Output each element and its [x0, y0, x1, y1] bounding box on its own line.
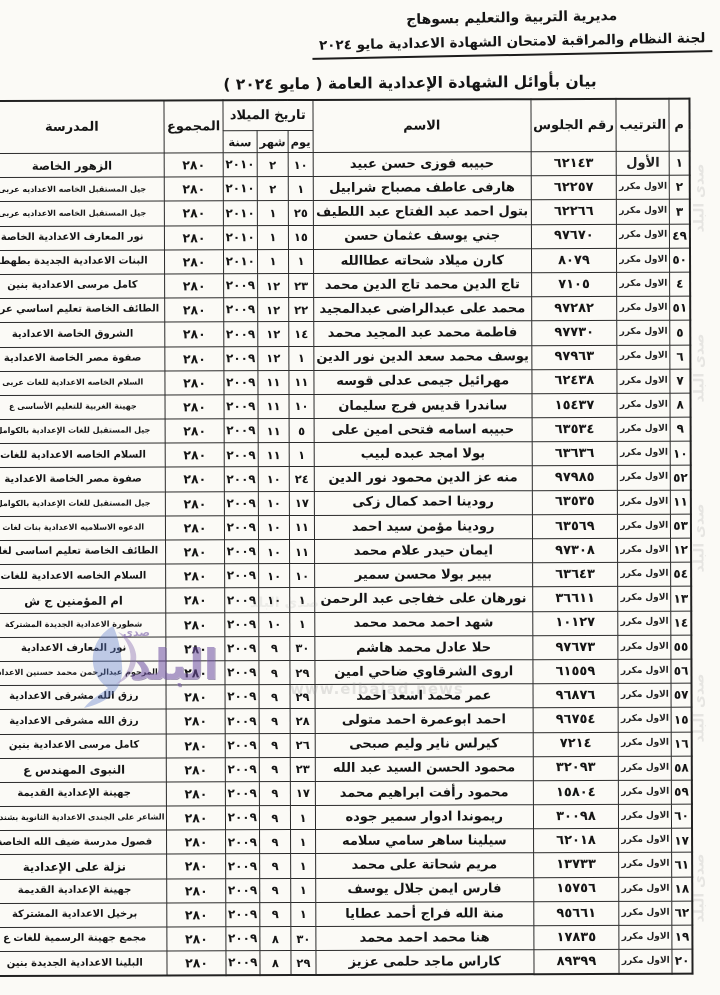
top-students-table: م الترتيب رقم الجلوس الاسم تاريخ الميلاد… [0, 98, 694, 978]
cell-school: النبوى المهندس ع [0, 758, 167, 783]
cell-total: ٢٨٠ [167, 806, 225, 830]
document-header: مديرية التربية والتعليم بسوهاج لجنة النظ… [312, 6, 713, 60]
cell-student-name: كارن ميلاد شحاته عطاالله [314, 248, 532, 273]
cell-rank: الاول مكرر [618, 611, 671, 635]
cell-rank: الاول مكرر [617, 224, 670, 248]
watermark-side-text: صدى البلد [692, 854, 708, 923]
cell-birth-month: ٩ [260, 830, 291, 854]
cell-seat-number: ٨٠٧٩ [531, 248, 617, 272]
table-row: ١٧ الاول مكرر ٦٢٠١٨ سيلينا ساهر سامي سلا… [0, 828, 692, 855]
cell-total: ٢٨٠ [167, 878, 225, 902]
cell-student-name: حبيبه فوزى حسن عبيد [313, 152, 531, 177]
cell-seat-number: ٩٦٧٥٤ [533, 708, 619, 732]
cell-school: السلام الخاصه الاعدادية للغات [0, 564, 166, 589]
table-row: ٥٦ الاول مكرر ٦١٥٥٩ اروى الشرقاوي ضاحي ا… [0, 659, 692, 686]
table-row: ٦٢ الاول مكرر ٩٥٦٦١ منة الله فراج أحمد ع… [0, 901, 692, 928]
cell-birth-day: ٣٠ [291, 926, 316, 950]
cell-birth-day: ١١ [290, 539, 315, 563]
table-row: ٢٠ الاول مكرر ٨٩٣٩٩ كاراس ماجد حلمى عزيز… [0, 949, 693, 976]
cell-birth-day: ٢٩ [291, 951, 316, 976]
cell-index: ٥٦ [671, 659, 691, 683]
cell-birth-month: ١٠ [258, 515, 289, 539]
cell-student-name: شهد احمد محمد محمد [315, 611, 533, 636]
cell-index: ٦١ [672, 853, 692, 877]
cell-index: ٢٠ [672, 949, 692, 974]
cell-seat-number: ٦٢٢٦٦ [531, 200, 617, 224]
cell-total: ٢٨٠ [166, 516, 224, 540]
table-row: ٥٨ الاول مكرر ٣٢٠٩٣ محمود الحسن السيد عب… [0, 756, 692, 783]
table-row: ٥١ الاول مكرر ٩٧٢٨٢ محمد على عبدالراضى ع… [0, 296, 690, 323]
cell-birth-month: ١ [257, 225, 288, 249]
cell-birth-year: ٢٠٠٩ [224, 588, 258, 612]
col-header-seat-number: رقم الجلوس [531, 99, 617, 152]
cell-student-name: هنا محمد احمد محمد [316, 926, 534, 951]
cell-total: ٢٨٠ [166, 419, 224, 443]
cell-index: ١٩ [672, 925, 692, 949]
cell-rank: الاول مكرر [619, 804, 672, 828]
cell-school: نور المعارف الاعدادية الخاصة [0, 226, 165, 251]
cell-school: المرحوم عبدالرحمن محمد حسنين الاعدادية [0, 661, 167, 686]
cell-school: البلينا الاعدادية الجديدة بنين [0, 951, 168, 976]
cell-student-name: عمر محمد اسعد احمد [315, 684, 533, 709]
cell-birth-month: ٩ [260, 902, 291, 926]
cell-student-name: سيلينا ساهر سامي سلامه [316, 829, 534, 854]
cell-birth-year: ٢٠١٠ [223, 153, 257, 177]
cell-birth-year: ٢٠٠٩ [225, 733, 259, 757]
table-row: ١٢ الاول مكرر ٩٧٣٠٨ ايمان حيدر علام محمد… [0, 538, 691, 565]
cell-seat-number: ٦٣٥٦٩ [532, 514, 618, 538]
cell-birth-month: ١١ [258, 419, 289, 443]
cell-student-name: منة الله فراج أحمد عطايا [316, 902, 534, 927]
cell-total: ٢٨٠ [166, 443, 224, 467]
cell-student-name: بتول احمد عبد الفتاح عبد اللطيف [313, 200, 531, 225]
cell-birth-month: ٩ [259, 709, 290, 733]
cell-student-name: ايمان حيدر علام محمد [315, 539, 533, 564]
cell-school: برخيل الاعدادية المشتركة [0, 903, 167, 928]
table-row: ٦١ الاول مكرر ١٣٧٣٣ مريم شحاتة على محمد … [0, 853, 692, 880]
cell-birth-day: ١٥ [288, 225, 313, 249]
cell-total: ٢٨٠ [167, 733, 225, 757]
cell-total: ٢٨٠ [167, 709, 225, 733]
cell-birth-month: ٩ [260, 878, 291, 902]
cell-index: ٥٥ [671, 635, 691, 659]
cell-birth-year: ٢٠٠٩ [224, 346, 258, 370]
cell-birth-day: ١٧ [289, 491, 314, 515]
cell-birth-month: ٩ [259, 636, 290, 660]
cell-birth-year: ٢٠٠٩ [224, 443, 258, 467]
cell-birth-day: ١ [290, 612, 315, 636]
cell-index: ٤٩ [670, 224, 690, 248]
cell-birth-year: ٢٠٠٩ [224, 491, 258, 515]
table-row: ١٥ الاول مكرر ٩٦٧٥٤ احمد ابوعمرة احمد مت… [0, 707, 692, 734]
table-row: ٩ الاول مكرر ٦٣٥٣٤ حبيبه اسامه فتحى امين… [0, 417, 691, 444]
cell-birth-month: ١٠ [259, 588, 290, 612]
cell-index: ٧ [670, 369, 690, 393]
cell-total: ٢٨٠ [167, 951, 225, 976]
cell-total: ٢٨٠ [167, 830, 225, 854]
cell-birth-day: ٢٤ [289, 467, 314, 491]
cell-school: كامل مرسى الاعدادية بنين [0, 274, 165, 299]
cell-birth-year: ٢٠٠٩ [224, 564, 258, 588]
table-row: ٣ الاول مكرر ٦٢٢٦٦ بتول احمد عبد الفتاح … [0, 200, 690, 227]
col-header-year: سنة [223, 131, 257, 153]
cell-birth-year: ٢٠٠٩ [225, 685, 259, 709]
cell-student-name: رودينا احمد كمال زكى [314, 490, 532, 515]
cell-total: ٢٨٠ [166, 564, 224, 588]
cell-total: ٢٨٠ [165, 177, 223, 201]
cell-rank: الاول مكرر [618, 490, 671, 514]
cell-birth-year: ٢٠٠٩ [224, 540, 258, 564]
col-header-school: المدرسة [0, 100, 165, 153]
cell-birth-day: ٢٢ [289, 298, 314, 322]
cell-student-name: فاطمة محمد عبد المجيد محمد [314, 321, 532, 346]
cell-birth-year: ٢٠٠٩ [224, 419, 258, 443]
cell-seat-number: ٩٧٩٦٣ [531, 345, 617, 369]
cell-seat-number: ١٧٨٣٥ [533, 925, 619, 949]
cell-total: ٢٨٠ [165, 225, 223, 249]
table-row: ٥٤ الاول مكرر ٦٣٦٤٣ بيير بولا محسن سمير … [0, 562, 691, 589]
cell-birth-month: ١٢ [258, 298, 289, 322]
cell-seat-number: ٩٧٧٣٠ [531, 321, 617, 345]
cell-school: ام المؤمنين ج ش [0, 588, 166, 613]
cell-birth-year: ٢٠٠٩ [225, 878, 259, 902]
cell-rank: الاول مكرر [617, 272, 670, 296]
cell-student-name: بيير بولا محسن سمير [315, 563, 533, 588]
table-row: ١٠ الاول مكرر ٦٣٦٣٦ بولا امجد عبده لبيب … [0, 441, 691, 468]
cell-rank: الاول مكرر [618, 514, 671, 538]
cell-index: ١١ [671, 490, 691, 514]
watermark-side-text: صدى البلد [692, 164, 708, 233]
cell-total: ٢٨٠ [165, 250, 223, 274]
cell-school: مجمع جهينة الرسمية للغات ع [0, 927, 167, 952]
cell-student-name: تاج الدين محمد تاج الدين محمد [314, 273, 532, 298]
cell-birth-day: ٣٠ [290, 636, 315, 660]
cell-birth-year: ٢٠١٠ [223, 177, 257, 201]
table-row: ٥ الاول مكرر ٩٧٧٣٠ فاطمة محمد عبد المجيد… [0, 320, 690, 347]
cell-birth-month: ٩ [259, 806, 290, 830]
cell-birth-day: ٢٣ [290, 757, 315, 781]
cell-rank: الاول مكرر [617, 321, 670, 345]
cell-birth-year: ٢٠٠٩ [224, 515, 258, 539]
col-header-index: م [669, 99, 689, 152]
cell-student-name: مهرائيل جيمى عدلى قوسه [314, 369, 532, 394]
cell-rank: الاول مكرر [617, 345, 670, 369]
cell-index: ١٣ [671, 587, 691, 611]
cell-rank: الاول مكرر [618, 587, 671, 611]
cell-seat-number: ١٥٨٠٤ [533, 780, 619, 804]
col-header-birth-date: تاريخ الميلاد [223, 100, 313, 131]
cell-student-name: محمود رأفت ابراهيم محمد [315, 781, 533, 806]
cell-school: البنات الاعدادية الجديدة بطهطا [0, 250, 165, 275]
cell-total: ٢٨٠ [165, 201, 223, 225]
cell-student-name: فارس ايمن جلال يوسف [316, 877, 534, 902]
cell-birth-month: ٩ [259, 733, 290, 757]
cell-birth-month: ١٠ [258, 540, 289, 564]
cell-student-name: ساندرا قديس فرج سليمان [314, 394, 532, 419]
cell-school: جهينة الإعدادية القديمة [0, 879, 167, 904]
cell-birth-day: ١٧ [290, 781, 315, 805]
cell-birth-day: ٢٩ [290, 660, 315, 684]
cell-rank: الاول مكرر [619, 732, 672, 756]
table-row: ٦٠ الاول مكرر ٣٠٠٩٨ ريموندا ادوار سمير ج… [0, 804, 692, 831]
cell-seat-number: ٩٧٦٧٠ [531, 224, 617, 248]
cell-birth-day: ١٤ [289, 322, 314, 346]
cell-rank: الاول مكرر [619, 901, 672, 925]
cell-student-name: مريم شحاتة على محمد [316, 853, 534, 878]
cell-seat-number: ١٣٧٣٣ [533, 853, 619, 877]
cell-index: ١٤ [671, 611, 691, 635]
cell-birth-month: ١٠ [259, 612, 290, 636]
cell-rank: الاول مكرر [617, 200, 670, 224]
cell-rank: الاول مكرر [618, 538, 671, 562]
cell-student-name: محمود الحسن السيد عبد الله [315, 756, 533, 781]
cell-birth-day: ٢٩ [290, 685, 315, 709]
cell-seat-number: ١٥٤٣٧ [532, 393, 618, 417]
cell-seat-number: ٦٣٥٣٤ [532, 417, 618, 441]
cell-student-name: بولا امجد عبده لبيب [314, 442, 532, 467]
cell-index: ٥٣ [671, 514, 691, 538]
committee-name: لجنة النظام والمراقبة لامتحان الشهادة ال… [312, 30, 712, 60]
cell-total: ٢٨٠ [166, 588, 224, 612]
cell-birth-year: ٢٠٠٩ [226, 951, 260, 976]
cell-total: ٢٨٠ [166, 637, 224, 661]
cell-birth-month: ٩ [259, 685, 290, 709]
cell-rank: الاول مكرر [618, 417, 671, 441]
cell-total: ٢٨٠ [167, 854, 225, 878]
cell-birth-month: ١ [257, 201, 288, 225]
cell-school: جهينة الغربية للتعليم الأساسى ع [0, 395, 166, 420]
cell-birth-year: ٢٠٠٩ [224, 467, 258, 491]
cell-seat-number: ٣٠٠٩٨ [533, 804, 619, 828]
cell-rank: الاول مكرر [618, 562, 671, 586]
cell-birth-year: ٢٠٠٩ [223, 298, 257, 322]
cell-school: الشاعر على الجندى الاعدادية الثانوية بشن… [0, 806, 167, 831]
cell-birth-day: ١ [290, 588, 315, 612]
cell-student-name: حلا عادل محمد هاشم [315, 635, 533, 660]
cell-birth-day: ١ [291, 854, 316, 878]
table-row: ٥٠ الاول مكرر ٨٠٧٩ كارن ميلاد شحاته عطاا… [0, 248, 690, 275]
cell-birth-year: ٢٠٠٩ [225, 757, 259, 781]
cell-birth-month: ٩ [259, 757, 290, 781]
cell-student-name: هارفى عاطف مصباح شرابيل [313, 176, 531, 201]
cell-birth-month: ١٢ [258, 273, 289, 297]
cell-rank: الاول مكرر [618, 659, 671, 683]
cell-school: جيل المستقبل للغات الإعدادية بالكوامل [0, 419, 166, 444]
cell-birth-day: ١١ [289, 370, 314, 394]
cell-school: رزق الله مشرقى الاعدادية [0, 709, 167, 734]
watermark-side-text: صدى البلد [692, 674, 708, 743]
table-row: ٦ الاول مكرر ٩٧٩٦٣ يوسف محمد سعد الدين ن… [0, 345, 690, 372]
cell-birth-day: ١ [289, 346, 314, 370]
cell-seat-number: ٣٢٠٩٣ [533, 756, 619, 780]
cell-rank: الاول مكرر [618, 441, 671, 465]
cell-seat-number: ١٠١٢٧ [532, 611, 618, 635]
cell-birth-year: ٢٠٠٩ [224, 395, 258, 419]
cell-index: ٦٢ [672, 901, 692, 925]
cell-birth-day: ١ [291, 902, 316, 926]
cell-student-name: محمد على عبدالراضى عبدالمجيد [314, 297, 532, 322]
cell-rank: الأول [617, 151, 670, 175]
cell-birth-day: ٢٥ [288, 201, 313, 225]
cell-school: الدعوه الاسلاميه الاعدادية بنات لغات [0, 516, 166, 541]
table-row: ١ الأول ٦٢١٤٣ حبيبه فوزى حسن عبيد ١٠ ٢ ٢… [0, 151, 690, 178]
cell-birth-month: ١١ [258, 443, 289, 467]
cell-student-name: منه عز الدين محمود نور الدين [314, 466, 532, 491]
cell-index: ٥٢ [671, 466, 691, 490]
cell-student-name: احمد ابوعمرة احمد متولى [315, 708, 533, 733]
cell-seat-number: ٩٧٩٨٥ [532, 466, 618, 490]
cell-total: ٢٨٠ [167, 903, 225, 927]
cell-rank: الاول مكرر [617, 175, 670, 199]
cell-total: ٢٨٠ [167, 782, 225, 806]
cell-birth-month: ١٠ [259, 564, 290, 588]
cell-seat-number: ٦٢٤٣٨ [532, 369, 618, 393]
cell-seat-number: ٩٦٨٧٦ [533, 684, 619, 708]
cell-index: ١٥ [671, 707, 691, 731]
cell-birth-year: ٢٠٠٩ [225, 782, 259, 806]
cell-index: ١ [669, 151, 689, 175]
cell-school: السلام الخاصه الاعدادية للغات [0, 443, 166, 468]
cell-student-name: رودينا مؤمن سيد احمد [314, 515, 532, 540]
cell-birth-day: ١ [290, 806, 315, 830]
cell-total: ٢٨٠ [165, 274, 223, 298]
col-header-name: الاسم [313, 99, 531, 152]
cell-seat-number: ٦٣٥٣٥ [532, 490, 618, 514]
cell-total: ٢٨٠ [166, 491, 224, 515]
cell-rank: الاول مكرر [618, 683, 671, 707]
cell-rank: الاول مكرر [618, 466, 671, 490]
cell-index: ٣ [670, 200, 690, 224]
cell-school: جهينة الإعدادية القديمة [0, 782, 167, 807]
cell-rank: الاول مكرر [619, 877, 672, 901]
cell-total: ٢٨٠ [166, 612, 224, 636]
cell-birth-year: ٢٠١٠ [223, 249, 257, 273]
cell-student-name: ريموندا ادوار سمير جوده [315, 805, 533, 830]
cell-index: ٢ [670, 175, 690, 199]
cell-birth-year: ٢٠٠٩ [226, 927, 260, 951]
cell-rank: الاول مكرر [619, 756, 672, 780]
cell-birth-month: ٨ [260, 927, 291, 951]
cell-index: ٥٧ [671, 683, 691, 707]
cell-seat-number: ٦٣٦٣٦ [532, 442, 618, 466]
table-row: ٥٣ الاول مكرر ٦٣٥٦٩ رودينا مؤمن سيد احمد… [0, 514, 691, 541]
cell-birth-day: ١١ [289, 515, 314, 539]
cell-birth-month: ٢ [257, 153, 288, 177]
cell-birth-year: ٢٠١٠ [223, 225, 257, 249]
table-row: ٥٩ الاول مكرر ١٥٨٠٤ محمود رأفت ابراهيم م… [0, 780, 692, 807]
cell-total: ٢٨٠ [165, 322, 223, 346]
cell-student-name: حبيبه اسامه فتحى امين على [314, 418, 532, 443]
cell-birth-day: ١ [289, 249, 314, 273]
cell-birth-month: ٩ [259, 660, 290, 684]
cell-birth-day: ٢٦ [290, 733, 315, 757]
cell-seat-number: ٩٧٢٨٢ [531, 297, 617, 321]
cell-total: ٢٨٠ [166, 395, 224, 419]
cell-birth-year: ٢٠٠٩ [225, 661, 259, 685]
cell-total: ٢٨٠ [165, 346, 223, 370]
table-row: ٥٥ الاول مكرر ٩٧٦٧٣ حلا عادل محمد هاشم ٣… [0, 635, 691, 662]
cell-birth-year: ٢٠٠٩ [224, 612, 258, 636]
col-header-total: المجموع [164, 100, 222, 153]
table-row: ٢ الاول مكرر ٦٢٢٥٧ هارفى عاطف مصباح شراب… [0, 175, 690, 202]
table-header: م الترتيب رقم الجلوس الاسم تاريخ الميلاد… [0, 99, 690, 154]
cell-student-name: كاراس ماجد حلمى عزيز [316, 950, 534, 975]
cell-total: ٢٨٠ [167, 685, 225, 709]
cell-seat-number: ٩٧٦٧٣ [532, 635, 618, 659]
cell-rank: الاول مكرر [617, 296, 670, 320]
cell-birth-year: ٢٠٠٩ [225, 854, 259, 878]
cell-birth-day: ١ [291, 878, 316, 902]
cell-birth-year: ٢٠٠٩ [225, 709, 259, 733]
cell-school: فصول مدرسة ضيف الله الخاصة [0, 830, 167, 855]
cell-birth-year: ٢٠٠٩ [223, 274, 257, 298]
cell-school: كامل مرسى الاعدادية بنين [0, 733, 167, 758]
cell-seat-number: ٧٢١٤ [533, 732, 619, 756]
watermark-side-text: صدى البلد [692, 334, 708, 403]
cell-school: نور المعارف الاعدادية [0, 637, 166, 662]
cell-seat-number: ٦٣٦٤٣ [532, 563, 618, 587]
cell-student-name: يوسف محمد سعد الدين نور الدين [314, 345, 532, 370]
cell-index: ٦٠ [672, 804, 692, 828]
cell-rank: الاول مكرر [619, 780, 672, 804]
cell-seat-number: ٨٩٣٩٩ [534, 950, 620, 975]
cell-birth-month: ١٠ [258, 467, 289, 491]
cell-rank: الاول مكرر [619, 925, 672, 949]
cell-birth-month: ١٠ [258, 491, 289, 515]
cell-birth-month: ٢ [257, 177, 288, 201]
cell-seat-number: ٦٢٢٥٧ [531, 176, 617, 200]
cell-birth-year: ٢٠٠٩ [224, 370, 258, 394]
cell-school: الشروق الخاصة الاعدادية [0, 322, 165, 347]
cell-total: ٢٨٠ [166, 540, 224, 564]
cell-index: ١٧ [672, 828, 692, 852]
cell-seat-number: ١٥٧٥٦ [533, 877, 619, 901]
results-table-body: ١ الأول ٦٢١٤٣ حبيبه فوزى حسن عبيد ١٠ ٢ ٢… [0, 151, 693, 977]
cell-rank: الاول مكرر [619, 828, 672, 852]
cell-total: ٢٨٠ [167, 757, 225, 781]
cell-birth-month: ٩ [260, 854, 291, 878]
cell-rank: الاول مكرر [617, 369, 670, 393]
cell-birth-year: ٢٠١٠ [223, 201, 257, 225]
cell-birth-month: ٩ [259, 781, 290, 805]
cell-birth-month: ١١ [258, 370, 289, 394]
page-title: بيان بأوائل الشهادة الإعدادية العامة ( م… [130, 72, 690, 95]
cell-index: ٦ [670, 345, 690, 369]
table-row: ٤٩ الاول مكرر ٩٧٦٧٠ جني يوسف عثمان حسن ١… [0, 224, 690, 251]
cell-seat-number: ٦٢١٤٣ [531, 151, 617, 175]
table-row: ١٨ الاول مكرر ١٥٧٥٦ فارس ايمن جلال يوسف … [0, 877, 692, 904]
cell-rank: الاول مكرر [617, 393, 670, 417]
table-row: ١٦ الاول مكرر ٧٢١٤ كيرلس ناير وليم صبحى … [0, 732, 692, 759]
cell-birth-month: ١٢ [258, 322, 289, 346]
cell-school: الطائف الخاصة تعليم اساسي عربى [0, 298, 165, 323]
cell-index: ١٨ [672, 877, 692, 901]
directorate-name: مديرية التربية والتعليم بسوهاج [312, 6, 712, 30]
cell-index: ٨ [670, 393, 690, 417]
cell-index: ٥٩ [672, 780, 692, 804]
cell-rank: الاول مكرر [619, 708, 672, 732]
cell-rank: الاول مكرر [618, 635, 671, 659]
cell-total: ٢٨٠ [166, 661, 224, 685]
cell-seat-number: ٩٧٣٠٨ [532, 538, 618, 562]
cell-student-name: نورهان على خفاجى عبد الرحمن [315, 587, 533, 612]
table-row: ٥٢ الاول مكرر ٩٧٩٨٥ منه عز الدين محمود ن… [0, 466, 691, 493]
table-row: ٨ الاول مكرر ١٥٤٣٧ ساندرا قديس فرج سليما… [0, 393, 691, 420]
cell-birth-month: ١ [257, 249, 288, 273]
watermark-side-text: صدى البلد [692, 504, 708, 573]
table-row: ١٤ الاول مكرر ١٠١٢٧ شهد احمد محمد محمد ١… [0, 611, 691, 638]
cell-total: ٢٨٠ [165, 370, 223, 394]
